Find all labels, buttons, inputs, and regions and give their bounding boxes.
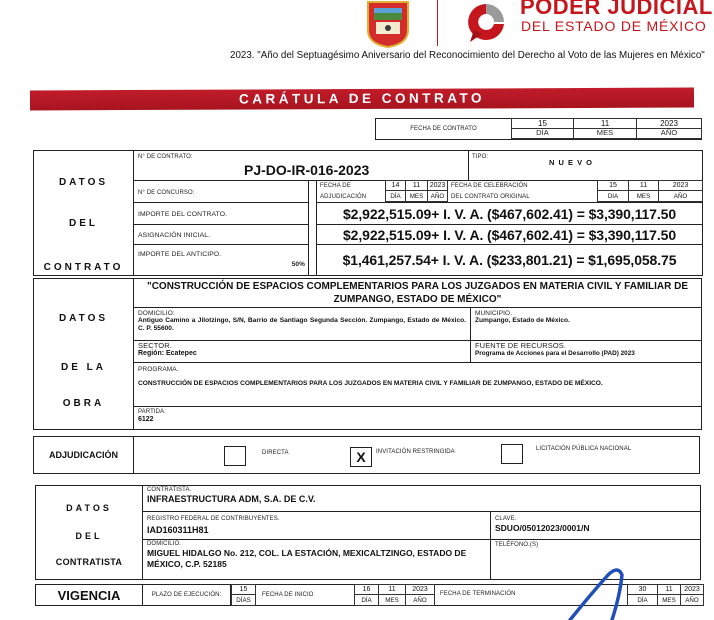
- work-sector-label: SECTOR.: [138, 342, 466, 350]
- initial-label-cell: ASIGNACIÓN INICIAL.: [134, 225, 309, 245]
- award-option-directa-checkbox[interactable]: [224, 446, 246, 466]
- award-option-directa-label: DIRECTA: [262, 450, 289, 457]
- award-section: ADJUDICACIÓN DIRECTA X INVITACIÓN RESTRI…: [33, 436, 700, 474]
- contractor-section-word-3: CONTRATISTA: [36, 557, 142, 567]
- dates-row: FECHA DE ADJUDICACIÓN 14 11 2023 DÍA MES…: [316, 181, 702, 203]
- document-title-band: CARÁTULA DE CONTRATO: [30, 88, 694, 111]
- term-label: PLAZO DE EJECUCIÓN:: [143, 585, 231, 605]
- contractor-section-word-2: DEL: [36, 531, 142, 541]
- signature-mark: [560, 565, 640, 620]
- work-program-label: PROGRAMA.: [138, 366, 697, 373]
- contract-date-label: FECHA DE CONTRATO: [376, 119, 511, 139]
- contract-section-word-1: DATOS: [34, 177, 133, 188]
- contract-type: N U E V O: [549, 158, 593, 167]
- work-address-label: DOMICILIO:: [138, 310, 466, 317]
- contractor-section-label: DATOS DEL CONTRATISTA: [36, 486, 143, 579]
- award-option-licitacion-checkbox[interactable]: [501, 444, 523, 464]
- work-sector: Región: Ecatepec: [138, 350, 466, 358]
- validity-label: VIGENCIA: [36, 585, 143, 605]
- award-option-invitacion-checkbox[interactable]: X: [350, 447, 372, 467]
- contract-date-table: FECHA DE CONTRATO 15 11 2023 DÍA MES AÑO: [375, 118, 702, 140]
- work-title: "CONSTRUCCIÓN DE ESPACIOS COMPLEMENTARIO…: [134, 279, 701, 308]
- contractor-section-word-1: DATOS: [36, 503, 142, 513]
- contractor-name: INFRAESTRUCTURA ADM, S.A. DE C.V.: [147, 494, 696, 504]
- award-date-year-label: AÑO: [427, 190, 448, 202]
- award-option-licitacion-label: LICITACIÓN PÚBLICA NACIONAL: [536, 446, 631, 453]
- start-date-year-label: AÑO: [405, 594, 435, 606]
- work-item-label: PARTIDA:: [138, 409, 697, 416]
- celebration-date-year-label: AÑO: [658, 190, 703, 202]
- contractor-address-cell: DOMICILIO. MIGUEL HIDALGO No. 212, COL. …: [143, 540, 491, 579]
- contractor-rfc-label: REGISTRO FEDERAL DE CONTRIBUYENTES.: [147, 516, 486, 523]
- advance-amount: $1,461,257.54+ I. V. A. ($233,801.21) = …: [316, 245, 702, 275]
- work-address: Antiguo Camino a Jilotzingo, S/N, Barrio…: [138, 317, 466, 332]
- work-item: 6122: [138, 416, 697, 424]
- contractor-name-label: CONTRATISTA.: [147, 487, 696, 494]
- header-divider: [437, 0, 438, 46]
- advance-label-cell: IMPORTE DEL ANTICIPO. 50%: [134, 245, 309, 275]
- work-municipality-cell: MUNICIPIO. Zumpango, Estado de México.: [471, 308, 701, 341]
- term-unit: DÍAS: [231, 594, 256, 606]
- contract-number-cell: N° DE CONTRATO: PJ-DO-IR-016-2023: [134, 151, 469, 181]
- award-label: ADJUDICACIÓN: [34, 437, 134, 473]
- contest-label: N° DE CONCURSO:: [138, 190, 195, 197]
- work-section-word-3: OBRA: [34, 398, 133, 409]
- celebration-date-day-label: DIA: [597, 190, 629, 202]
- work-municipality: Zumpango, Estado de México.: [475, 317, 697, 325]
- work-section: DATOS DE LA OBRA "CONSTRUCCIÓN DE ESPACI…: [33, 278, 702, 430]
- award-date-label-2: ADJUDICACIÓN: [320, 194, 366, 201]
- motto: 2023. "Año del Septuagésimo Aniversario …: [230, 50, 705, 61]
- celebration-date-label-2: DEL CONTRATO ORIGINAL: [451, 194, 530, 201]
- contractor-key-label: CLAVE.: [495, 516, 696, 523]
- contractor-rfc: IAD160311H81: [147, 525, 486, 535]
- advance-label: IMPORTE DEL ANTICIPO.: [138, 251, 221, 258]
- org-subtitle: DEL ESTADO DE MÉXICO: [521, 18, 707, 34]
- contractor-address: MIGUEL HIDALGO No. 212, COL. LA ESTACIÓN…: [147, 548, 486, 570]
- end-date-year-label: AÑO: [680, 594, 704, 606]
- award-date-label: FECHA DE: [320, 183, 351, 190]
- end-date-label: FECHA DE TERMINACIÓN: [440, 591, 516, 598]
- work-section-word-2: DE LA: [34, 362, 133, 373]
- amount-label: IMPORTE DEL CONTRATO.: [138, 211, 227, 218]
- contract-type-cell: TIPO: N U E V O: [469, 151, 702, 181]
- contract-number: PJ-DO-IR-016-2023: [244, 162, 369, 178]
- start-date-day-label: DÍA: [354, 594, 379, 606]
- contractor-key: SDUO/05012023/0001/N: [495, 524, 696, 534]
- contractor-name-cell: CONTRATISTA. INFRAESTRUCTURA ADM, S.A. D…: [143, 486, 700, 512]
- celebration-date-label: FECHA DE CELEBRACIÓN: [451, 183, 528, 190]
- contractor-key-cell: CLAVE. SDUO/05012023/0001/N: [491, 512, 700, 540]
- contract-section-label: DATOS DEL CONTRATO: [34, 151, 134, 275]
- contractor-address-label: DOMICILIO.: [147, 541, 486, 548]
- contest-cell: N° DE CONCURSO:: [134, 181, 309, 203]
- award-date-month-label: MES: [405, 190, 428, 202]
- initial-label: ASIGNACIÓN INICIAL.: [138, 232, 210, 239]
- contract-number-label: N° DE CONTRATO:: [138, 154, 193, 161]
- poder-judicial-logo-icon: [460, 0, 512, 44]
- work-address-cell: DOMICILIO: Antiguo Camino a Jilotzingo, …: [134, 308, 471, 341]
- work-item-cell: PARTIDA: 6122: [134, 407, 701, 429]
- work-program: CONSTRUCCIÓN DE ESPACIOS COMPLEMENTARIOS…: [138, 380, 697, 388]
- work-section-label: DATOS DE LA OBRA: [34, 279, 134, 429]
- work-funding: Programa de Acciones para el Desarrollo …: [475, 350, 697, 357]
- contract-section-word-2: DEL: [34, 218, 133, 229]
- contract-amount: $2,922,515.09+ I. V. A. ($467,602.41) = …: [316, 203, 702, 225]
- contract-date-month-label: MES: [573, 128, 637, 139]
- award-date-day-label: DÍA: [385, 190, 406, 202]
- contract-type-label: TIPO:: [472, 154, 488, 161]
- amount-label-cell: IMPORTE DEL CONTRATO.: [134, 203, 309, 225]
- start-date-month-label: MES: [378, 594, 406, 606]
- contract-section-word-3: CONTRATO: [34, 262, 133, 273]
- work-funding-cell: FUENTE DE RECURSOS. Programa de Acciones…: [471, 341, 701, 363]
- document-title: CARÁTULA DE CONTRATO: [30, 88, 694, 111]
- work-municipality-label: MUNICIPIO.: [475, 310, 697, 317]
- contractor-phone-label: TELÉFONO.(S): [495, 542, 696, 549]
- advance-percent: 50%: [292, 261, 305, 268]
- celebration-date-month-label: MES: [628, 190, 659, 202]
- contract-section: DATOS DEL CONTRATO N° DE CONTRATO: PJ-DO…: [33, 150, 703, 276]
- award-option-invitacion-label: INVITACIÓN RESTRINGIDA: [376, 449, 455, 456]
- start-date-label: FECHA DE INICIO: [262, 592, 314, 599]
- org-title: PODER JUDICIAL: [520, 0, 713, 20]
- contract-date-day-label: DÍA: [511, 128, 574, 139]
- estado-de-mexico-crest-icon: [362, 0, 414, 48]
- contractor-rfc-cell: REGISTRO FEDERAL DE CONTRIBUYENTES. IAD1…: [143, 512, 491, 540]
- work-sector-cell: SECTOR. Región: Ecatepec: [134, 341, 471, 363]
- contract-date-year-label: AÑO: [636, 128, 702, 139]
- end-date-month-label: MES: [657, 594, 681, 606]
- work-funding-label: FUENTE DE RECURSOS.: [475, 342, 697, 350]
- work-section-word-1: DATOS: [34, 313, 133, 324]
- initial-amount: $2,922,515.09+ I. V. A. ($467,602.41) = …: [316, 225, 702, 245]
- work-program-cell: PROGRAMA. CONSTRUCCIÓN DE ESPACIOS COMPL…: [134, 363, 701, 407]
